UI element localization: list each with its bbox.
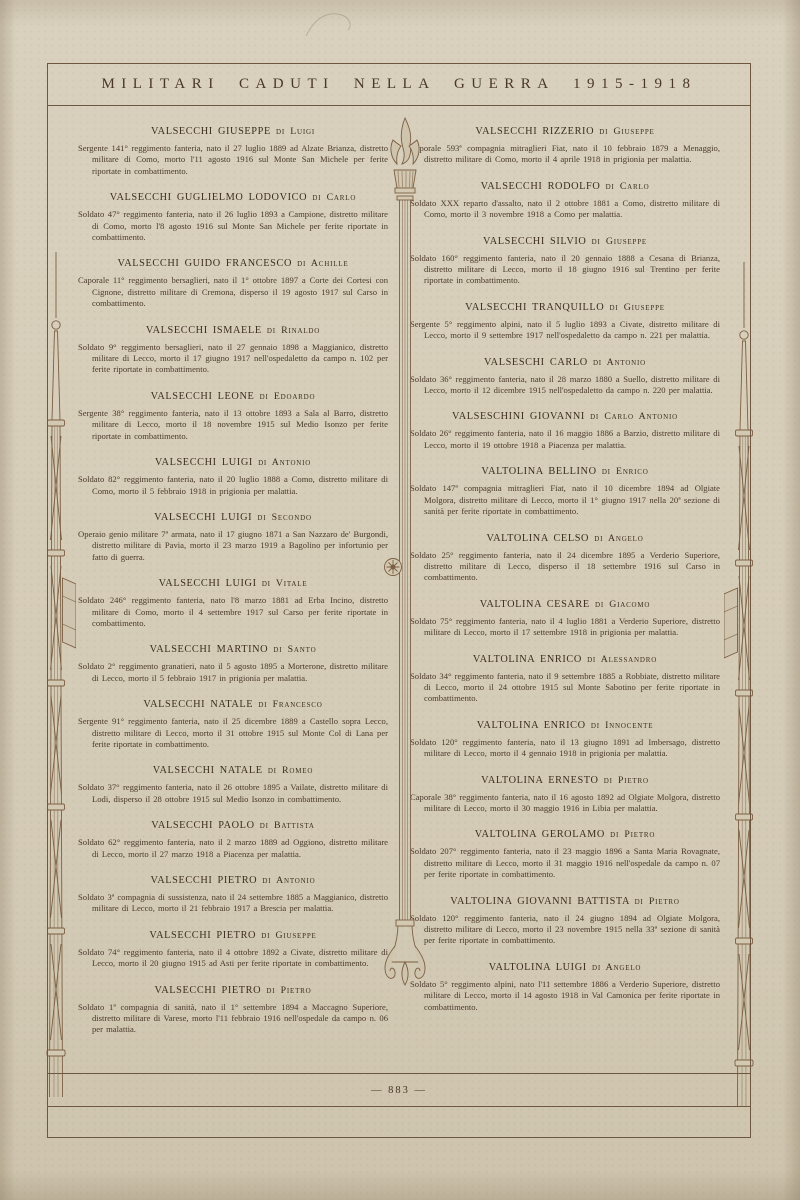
entry-text: Operaio genio militare 7ª armata, nato i…: [78, 529, 388, 563]
casualty-entry: VALTOLINA ERNESTO di Pietro Caporale 38°…: [410, 775, 720, 815]
page-number: — 883 —: [371, 1085, 427, 1096]
entry-heading: VALTOLINA ERNESTO di Pietro: [410, 775, 720, 787]
entry-name: VALSESCHI CARLO: [484, 357, 588, 368]
entry-father: di Giuseppe: [592, 236, 647, 247]
entry-heading: VALSECCHI LUIGI di Secondo: [78, 512, 388, 524]
entry-heading: VALTOLINA ENRICO di Innocente: [410, 720, 720, 732]
entry-heading: VALTOLINA CELSO di Angelo: [410, 533, 720, 545]
entry-heading: VALSECCHI LEONE di Edoardo: [78, 391, 388, 403]
casualty-entry: VALTOLINA CELSO di Angelo Soldato 25° re…: [410, 533, 720, 584]
entry-text: Sergente 91° reggimento fanteria, nato i…: [78, 716, 388, 750]
left-column: VALSECCHI GIUSEPPE di Luigi Sergente 141…: [78, 126, 388, 1056]
entry-text: Soldato 120° reggimento fanteria, nato i…: [410, 913, 720, 947]
entry-heading: VALSECCHI RODOLFO di Carlo: [410, 181, 720, 193]
entry-text: Soldato 3ª compagnia di sussistenza, nat…: [78, 892, 388, 915]
entry-text: Soldato 37° reggimento fanteria, nato il…: [78, 782, 388, 805]
entry-heading: VALSECCHI GUGLIELMO LODOVICO di Carlo: [78, 192, 388, 204]
entry-heading: VALSECCHI TRANQUILLO di Giuseppe: [410, 302, 720, 314]
entry-text: Soldato 5° reggimento alpini, nato l'11 …: [410, 979, 720, 1013]
entry-text: Soldato 25° reggimento fanteria, nato il…: [410, 550, 720, 584]
casualty-entry: VALSECCHI PIETRO di Giuseppe Soldato 74°…: [78, 930, 388, 970]
entry-heading: VALSECCHI ISMAELE di Rinaldo: [78, 325, 388, 337]
casualty-entry: VALSECCHI PAOLO di Battista Soldato 62° …: [78, 820, 388, 860]
casualty-entry: VALSECCHI SILVIO di Giuseppe Soldato 160…: [410, 236, 720, 287]
page-footer: — 883 —: [48, 1073, 750, 1107]
entry-name: VALTOLINA ERNESTO: [481, 775, 598, 786]
entry-father: di Giuseppe: [261, 930, 316, 941]
entry-text: Soldato XXX reparto d'assalto, nato il 2…: [410, 198, 720, 221]
casualty-entry: VALSECCHI ISMAELE di Rinaldo Soldato 9° …: [78, 325, 388, 376]
entry-name: VALSECCHI GIUSEPPE: [151, 126, 271, 137]
entry-heading: VALSECCHI LUIGI di Antonio: [78, 457, 388, 469]
casualty-entry: VALSECCHI LUIGI di Secondo Operaio genio…: [78, 512, 388, 563]
entry-father: di Giuseppe: [610, 302, 665, 313]
entry-text: Soldato 147ª compagnia mitraglieri Fiat,…: [410, 483, 720, 517]
entry-text: Soldato 207° reggimento fanteria, nato i…: [410, 846, 720, 880]
footer-tail: [48, 1107, 750, 1137]
page-content: VALSECCHI GIUSEPPE di Luigi Sergente 141…: [48, 106, 750, 1056]
entry-father: di Antonio: [258, 457, 311, 468]
entry-father: di Pietro: [610, 829, 655, 840]
entry-heading: VALSECCHI NATALE di Francesco: [78, 699, 388, 711]
entry-heading: VALSECCHI MARTINO di Santo: [78, 644, 388, 656]
entry-heading: VALSECCHI PIETRO di Giuseppe: [78, 930, 388, 942]
entry-text: Caporale 593ª compagnia mitraglieri Fiat…: [410, 143, 720, 166]
entry-text: Soldato 120° reggimento fanteria, nato i…: [410, 737, 720, 760]
entry-name: VALTOLINA CESARE: [480, 599, 590, 610]
entry-father: di Francesco: [258, 699, 322, 710]
entry-name: VALSECCHI SILVIO: [483, 236, 586, 247]
casualty-entry: VALSESCHINI GIOVANNI di Carlo Antonio So…: [410, 411, 720, 451]
entry-name: VALSECCHI GUIDO FRANCESCO: [118, 258, 292, 269]
casualty-entry: VALSECCHI GUIDO FRANCESCO di Achille Cap…: [78, 258, 388, 309]
entry-heading: VALSECCHI RIZZERIO di Giuseppe: [410, 126, 720, 138]
book-page: MILITARI CADUTI NELLA GUERRA 1915-1918 V…: [0, 0, 800, 1200]
entry-father: di Angelo: [594, 533, 643, 544]
entry-father: di Carlo: [312, 192, 356, 203]
entry-name: VALSECCHI GUGLIELMO LODOVICO: [110, 192, 307, 203]
entry-text: Caporale 11° reggimento bersaglieri, nat…: [78, 275, 388, 309]
page-title: MILITARI CADUTI NELLA GUERRA 1915-1918: [101, 76, 696, 93]
entry-heading: VALTOLINA ENRICO di Alessandro: [410, 654, 720, 666]
casualty-entry: VALSECCHI NATALE di Francesco Sergente 9…: [78, 699, 388, 750]
casualty-entry: VALTOLINA GIOVANNI BATTISTA di Pietro So…: [410, 896, 720, 947]
entry-heading: VALSESCHI CARLO di Antonio: [410, 357, 720, 369]
casualty-entry: VALSECCHI MARTINO di Santo Soldato 2° re…: [78, 644, 388, 684]
entry-name: VALSECCHI NATALE: [143, 699, 253, 710]
casualty-entry: VALTOLINA BELLINO di Enrico Soldato 147ª…: [410, 466, 720, 517]
entry-name: VALSECCHI MARTINO: [150, 644, 269, 655]
entry-name: VALSECCHI RIZZERIO: [475, 126, 594, 137]
entry-father: di Antonio: [593, 357, 646, 368]
entry-heading: VALSECCHI LUIGI di Vitale: [78, 578, 388, 590]
entry-heading: VALTOLINA GEROLAMO di Pietro: [410, 829, 720, 841]
entry-text: Soldato 26° reggimento fanteria, nato il…: [410, 428, 720, 451]
entry-name: VALSECCHI LUIGI: [155, 457, 253, 468]
entry-father: di Achille: [297, 258, 348, 269]
entry-text: Sergente 38° reggimento fanteria, nato i…: [78, 408, 388, 442]
entry-text: Soldato 246° reggimento fanteria, nato l…: [78, 595, 388, 629]
entry-name: VALTOLINA GEROLAMO: [475, 829, 605, 840]
entry-father: di Enrico: [602, 466, 649, 477]
entry-father: di Pietro: [635, 896, 680, 907]
casualty-entry: VALTOLINA GEROLAMO di Pietro Soldato 207…: [410, 829, 720, 880]
casualty-entry: VALSECCHI GUGLIELMO LODOVICO di Carlo So…: [78, 192, 388, 243]
page-header: MILITARI CADUTI NELLA GUERRA 1915-1918: [48, 64, 750, 106]
entry-heading: VALSECCHI PIETRO di Pietro: [78, 985, 388, 997]
entry-text: Soldato 160° reggimento fanteria, nato i…: [410, 253, 720, 287]
entry-father: di Giuseppe: [599, 126, 654, 137]
casualty-entry: VALTOLINA ENRICO di Alessandro Soldato 3…: [410, 654, 720, 705]
entry-father: di Luigi: [276, 126, 315, 137]
entry-name: VALSECCHI LUIGI: [159, 578, 257, 589]
entry-name: VALTOLINA BELLINO: [481, 466, 596, 477]
entry-text: Sergente 141° reggimento fanteria, nato …: [78, 143, 388, 177]
entry-father: di Giacomo: [595, 599, 650, 610]
casualty-entry: VALSECCHI LUIGI di Antonio Soldato 82° r…: [78, 457, 388, 497]
entry-name: VALSECCHI RODOLFO: [481, 181, 601, 192]
entry-heading: VALTOLINA CESARE di Giacomo: [410, 599, 720, 611]
entry-name: VALSECCHI PIETRO: [155, 985, 262, 996]
page-frame: MILITARI CADUTI NELLA GUERRA 1915-1918 V…: [47, 63, 751, 1138]
entry-heading: VALSECCHI GUIDO FRANCESCO di Achille: [78, 258, 388, 270]
entry-text: Caporale 38° reggimento fanteria, nato i…: [410, 792, 720, 815]
entry-name: VALSESCHINI GIOVANNI: [452, 411, 585, 422]
casualty-entry: VALSECCHI RODOLFO di Carlo Soldato XXX r…: [410, 181, 720, 221]
entry-name: VALSECCHI PAOLO: [151, 820, 254, 831]
entry-father: di Pietro: [604, 775, 649, 786]
right-column: VALSECCHI RIZZERIO di Giuseppe Caporale …: [410, 126, 720, 1056]
entry-text: Soldato 75° reggimento fanteria, nato il…: [410, 616, 720, 639]
casualty-entry: VALSECCHI LUIGI di Vitale Soldato 246° r…: [78, 578, 388, 629]
casualty-entry: VALSESCHI CARLO di Antonio Soldato 36° r…: [410, 357, 720, 397]
entry-text: Sergente 5° reggimento alpini, nato il 5…: [410, 319, 720, 342]
casualty-entry: VALTOLINA ENRICO di Innocente Soldato 12…: [410, 720, 720, 760]
casualty-entry: VALTOLINA CESARE di Giacomo Soldato 75° …: [410, 599, 720, 639]
entry-heading: VALTOLINA LUIGI di Angelo: [410, 962, 720, 974]
entry-father: di Vitale: [262, 578, 308, 589]
entry-text: Soldato 9° reggimento bersaglieri, nato …: [78, 342, 388, 376]
entry-name: VALTOLINA CELSO: [486, 533, 589, 544]
casualty-entry: VALSECCHI NATALE di Romeo Soldato 37° re…: [78, 765, 388, 805]
entry-father: di Carlo Antonio: [590, 411, 678, 422]
entry-name: VALTOLINA GIOVANNI BATTISTA: [450, 896, 629, 907]
handwritten-mark: [300, 6, 360, 46]
entry-heading: VALSECCHI NATALE di Romeo: [78, 765, 388, 777]
entry-text: Soldato 34° reggimento fanteria, nato il…: [410, 671, 720, 705]
casualty-entry: VALSECCHI PIETRO di Antonio Soldato 3ª c…: [78, 875, 388, 915]
entry-text: Soldato 62° reggimento fanteria, nato il…: [78, 837, 388, 860]
entry-father: di Antonio: [262, 875, 315, 886]
entry-father: di Carlo: [606, 181, 650, 192]
entry-name: VALSECCHI LEONE: [151, 391, 255, 402]
entry-name: VALTOLINA ENRICO: [477, 720, 586, 731]
entry-name: VALSECCHI PIETRO: [151, 875, 258, 886]
entry-text: Soldato 36° reggimento fanteria, nato il…: [410, 374, 720, 397]
entry-heading: VALSECCHI GIUSEPPE di Luigi: [78, 126, 388, 138]
entry-name: VALTOLINA ENRICO: [473, 654, 582, 665]
entry-father: di Innocente: [591, 720, 653, 731]
casualty-entry: VALSECCHI RIZZERIO di Giuseppe Caporale …: [410, 126, 720, 166]
entry-father: di Rinaldo: [267, 325, 320, 336]
entry-text: Soldato 1ª compagnia di sanità, nato il …: [78, 1002, 388, 1036]
entry-text: Soldato 47° reggimento fanteria, nato il…: [78, 209, 388, 243]
entry-father: di Edoardo: [260, 391, 316, 402]
entry-name: VALTOLINA LUIGI: [489, 962, 587, 973]
entry-heading: VALTOLINA BELLINO di Enrico: [410, 466, 720, 478]
casualty-entry: VALSECCHI GIUSEPPE di Luigi Sergente 141…: [78, 126, 388, 177]
entry-text: Soldato 82° reggimento fanteria, nato il…: [78, 474, 388, 497]
entry-name: VALSECCHI PIETRO: [149, 930, 256, 941]
entry-father: di Romeo: [268, 765, 313, 776]
entry-father: di Secondo: [257, 512, 311, 523]
entry-father: di Pietro: [266, 985, 311, 996]
casualty-entry: VALSECCHI TRANQUILLO di Giuseppe Sergent…: [410, 302, 720, 342]
entry-name: VALSECCHI ISMAELE: [146, 325, 262, 336]
entry-father: di Alessandro: [587, 654, 657, 665]
casualty-entry: VALSECCHI PIETRO di Pietro Soldato 1ª co…: [78, 985, 388, 1036]
entry-father: di Angelo: [592, 962, 641, 973]
entry-heading: VALSECCHI PIETRO di Antonio: [78, 875, 388, 887]
entry-father: di Battista: [260, 820, 315, 831]
entry-father: di Santo: [273, 644, 316, 655]
casualty-entry: VALTOLINA LUIGI di Angelo Soldato 5° reg…: [410, 962, 720, 1013]
entry-heading: VALSECCHI PAOLO di Battista: [78, 820, 388, 832]
entry-text: Soldato 2° reggimento granatieri, nato i…: [78, 661, 388, 684]
entry-heading: VALSECCHI SILVIO di Giuseppe: [410, 236, 720, 248]
entry-name: VALSECCHI TRANQUILLO: [465, 302, 604, 313]
entry-name: VALSECCHI LUIGI: [154, 512, 252, 523]
entry-text: Soldato 74° reggimento fanteria, nato il…: [78, 947, 388, 970]
entry-name: VALSECCHI NATALE: [153, 765, 263, 776]
entry-heading: VALSESCHINI GIOVANNI di Carlo Antonio: [410, 411, 720, 423]
casualty-entry: VALSECCHI LEONE di Edoardo Sergente 38° …: [78, 391, 388, 442]
entry-heading: VALTOLINA GIOVANNI BATTISTA di Pietro: [410, 896, 720, 908]
